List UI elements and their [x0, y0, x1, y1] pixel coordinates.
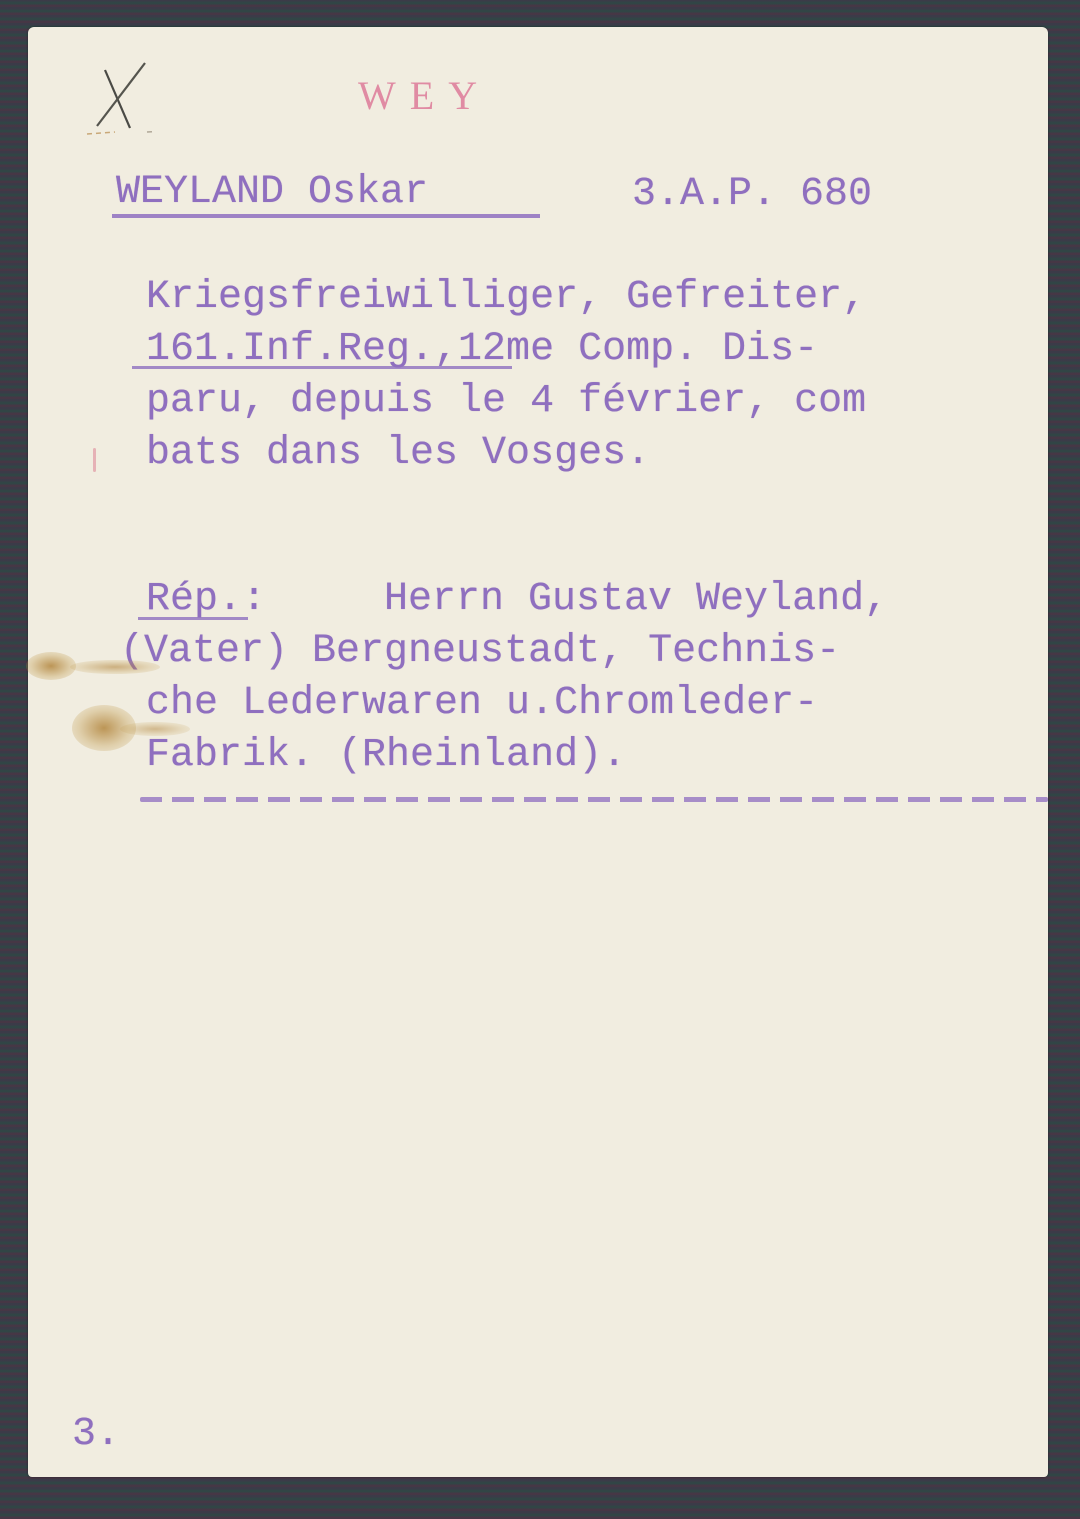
reply-line-1: Herrn Gustav Weyland,	[384, 574, 888, 626]
dashed-divider	[140, 797, 1048, 802]
description-line-3: paru, depuis le 4 février, com	[146, 376, 866, 428]
description-line-4: bats dans les Vosges.	[146, 428, 650, 480]
rust-stain	[70, 660, 160, 674]
reply-line-4: Fabrik. (Rheinland).	[146, 730, 626, 782]
rust-stain	[26, 652, 76, 680]
name-underline	[112, 214, 540, 218]
reference-number: 3.A.P. 680	[632, 172, 872, 217]
reply-line-2: (Vater) Bergneustadt, Technis-	[120, 626, 840, 678]
pencil-x-mark-icon	[85, 58, 155, 138]
given-name: Oskar	[308, 170, 428, 215]
regiment-underline	[132, 366, 512, 369]
red-ink-mark	[93, 448, 96, 472]
reply-underline	[138, 617, 248, 620]
footer-number: 3.	[72, 1412, 120, 1457]
reply-line-3: che Lederwaren u.Chromleder-	[146, 678, 818, 730]
surname: WEYLAND	[116, 170, 284, 215]
rust-stain	[120, 722, 190, 736]
person-name: WEYLAND Oskar	[116, 170, 428, 215]
stamp-heading: WEY	[358, 72, 491, 119]
description-line-1: Kriegsfreiwilliger, Gefreiter,	[146, 272, 866, 324]
